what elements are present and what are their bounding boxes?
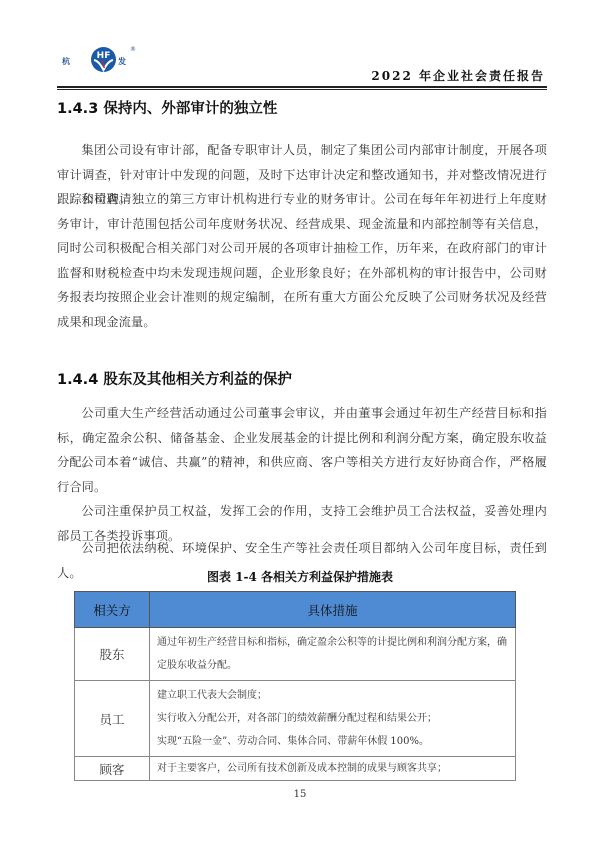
measure-line: 建立职工代表大会制度； — [157, 684, 509, 707]
table-header-row: 相关方 具体措施 — [75, 592, 516, 628]
measure-line: 实行收入分配公开，对各部门的绩效薪酬分配过程和结果公开； — [157, 707, 509, 730]
table-row: 顾客 对于主要客户，公司所有技术创新及成本控制的成果与顾客共享； — [75, 757, 516, 781]
logo-left-char: 杭 — [62, 56, 70, 67]
page-number: 15 — [0, 789, 600, 800]
paragraph: 公司聘请独立的第三方审计机构进行专业的财务审计。公司在每年年初进行上年度财务审计… — [57, 187, 547, 335]
header-divider — [57, 86, 547, 88]
registered-mark: ® — [130, 46, 136, 53]
party-cell: 股东 — [75, 628, 150, 681]
table-row: 股东 通过年初生产经营目标和指标，确定盈余公积等的计提比例和利润分配方案，确定股… — [75, 628, 516, 681]
section-heading-1-4-3: 1.4.3 保持内、外部审计的独立性 — [57, 97, 277, 118]
section-heading-1-4-4: 1.4.4 股东及其他相关方利益的保护 — [57, 368, 292, 389]
measures-cell: 对于主要客户，公司所有技术创新及成本控制的成果与顾客共享； — [150, 757, 516, 781]
company-logo: 杭 HF 发 ® — [62, 44, 142, 78]
paragraph: 公司本着“诚信、共赢”的精神，和供应商、客户等相关方进行友好协商合作，严格履行合… — [57, 450, 547, 499]
measures-cell: 建立职工代表大会制度； 实行收入分配公开，对各部门的绩效薪酬分配过程和结果公开；… — [150, 681, 516, 757]
column-header-measures: 具体措施 — [150, 592, 516, 628]
report-title: 2022 年企业社会责任报告 — [371, 67, 545, 84]
logo-emblem-text: HF — [97, 51, 111, 61]
measure-line: 实现“五险一金”、劳动合同、集体合同、带薪年休假 100%。 — [157, 730, 509, 753]
party-cell: 员工 — [75, 681, 150, 757]
header-divider-thin — [57, 89, 547, 90]
stakeholder-protection-table: 相关方 具体措施 股东 通过年初生产经营目标和指标，确定盈余公积等的计提比例和利… — [74, 591, 516, 781]
logo-emblem-icon: HF — [91, 47, 116, 72]
column-header-party: 相关方 — [75, 592, 150, 628]
measures-cell: 通过年初生产经营目标和指标，确定盈余公积等的计提比例和利润分配方案，确定股东收益… — [150, 628, 516, 681]
logo-right-char: 发 — [118, 56, 126, 67]
table-row: 员工 建立职工代表大会制度； 实行收入分配公开，对各部门的绩效薪酬分配过程和结果… — [75, 681, 516, 757]
table-caption: 图表 1-4 各相关方利益保护措施表 — [0, 568, 600, 585]
party-cell: 顾客 — [75, 757, 150, 781]
